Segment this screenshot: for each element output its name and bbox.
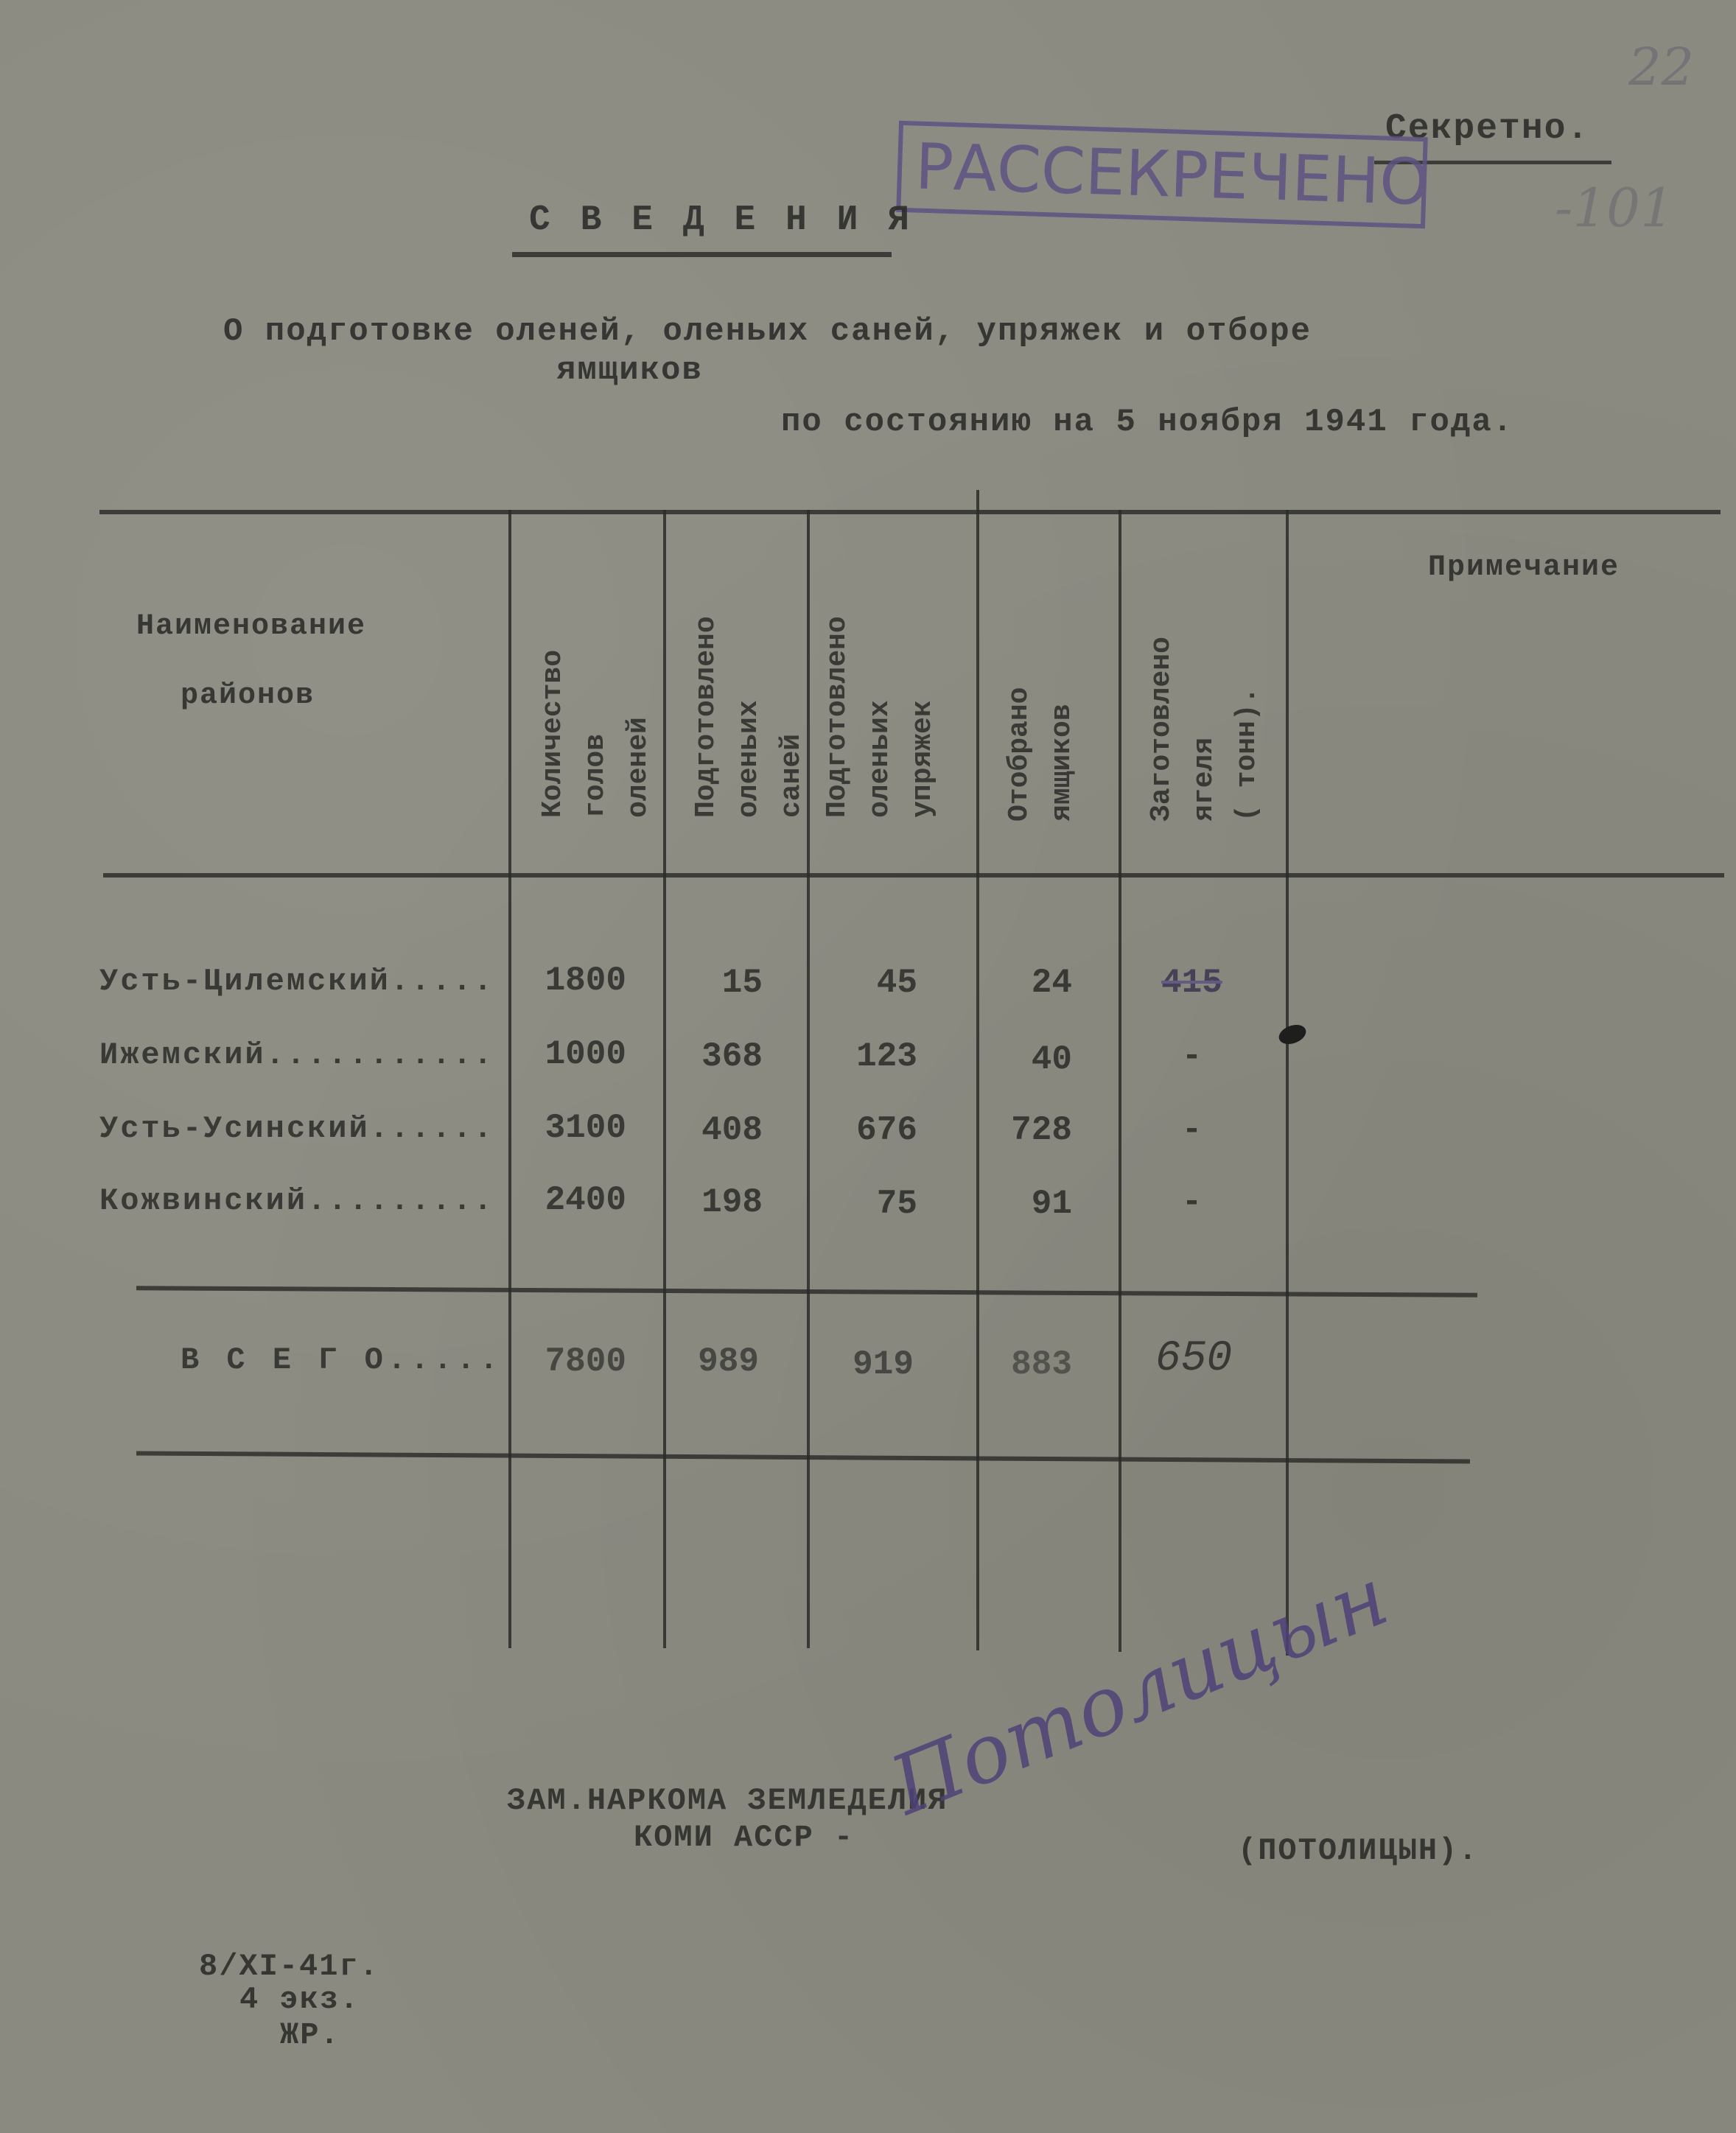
- header-drivers: Отобрано ямщиков: [998, 630, 1084, 822]
- column-divider-5: [1119, 510, 1121, 1652]
- signatory-position-line2: КОМИ АССР -: [634, 1820, 854, 1855]
- deer-heads-value: 1800: [531, 962, 626, 1000]
- column-divider-4: [976, 490, 979, 1650]
- header-moss: Заготовлено ягеля ( тонн).: [1141, 567, 1269, 822]
- document-title: С В Е Д Е Н И Я: [529, 200, 914, 240]
- column-divider-2: [663, 510, 666, 1648]
- sleds-value: 15: [678, 964, 763, 1002]
- district-name: Ижемский...........: [99, 1037, 494, 1073]
- total-deer-heads: 7800: [531, 1342, 626, 1381]
- declassified-stamp: РАССЕКРЕЧЕНО: [896, 121, 1428, 228]
- table-header-rule: [103, 873, 1724, 878]
- total-drivers: 883: [991, 1345, 1072, 1384]
- footer-date: 8/XI-41г.: [199, 1949, 379, 1984]
- header-district-line2: районов: [181, 679, 315, 712]
- district-name: Кожвинский.........: [99, 1183, 494, 1219]
- document-subtitle-line2: ямщиков: [556, 352, 703, 389]
- total-harnesses: 919: [833, 1345, 914, 1384]
- moss-value: -: [1149, 1037, 1234, 1076]
- total-label: В С Е Г О.....: [181, 1342, 503, 1378]
- signatory-name: (ПОТОЛИЦЫН).: [1238, 1833, 1478, 1868]
- drivers-value: 40: [991, 1040, 1072, 1079]
- header-harnesses: Подготовлено оленьих упряжек: [816, 545, 945, 818]
- document-subtitle-line1: О подготовке оленей, оленьих саней, упря…: [223, 313, 1312, 350]
- harnesses-value: 676: [833, 1111, 917, 1149]
- total-sleds: 989: [678, 1342, 759, 1381]
- ink-blot: [1276, 1021, 1309, 1048]
- signatory-position-line1: ЗАМ.НАРКОМА ЗЕМЛЕДЕЛИЯ: [507, 1783, 948, 1818]
- moss-value-struck: 415: [1149, 964, 1234, 1002]
- deer-heads-value: 3100: [531, 1109, 626, 1147]
- footer-initials: ЖР.: [280, 2017, 340, 2053]
- total-moss-handwritten: 650: [1149, 1335, 1238, 1383]
- header-sleds: Подготовлено оленьих саней: [685, 542, 813, 818]
- harnesses-value: 45: [833, 964, 917, 1002]
- moss-value: -: [1149, 1111, 1234, 1149]
- sleds-value: 198: [678, 1183, 763, 1222]
- header-note: Примечание: [1428, 551, 1620, 584]
- pencil-mark: -101: [1555, 177, 1674, 239]
- harnesses-value: 75: [833, 1185, 917, 1223]
- harnesses-value: 123: [833, 1037, 917, 1076]
- district-name: Усть-Усинский......: [99, 1111, 494, 1146]
- district-name: Усть-Цилемский.....: [99, 964, 494, 999]
- drivers-value: 728: [991, 1111, 1072, 1149]
- header-district-line1: Наименование: [136, 610, 366, 643]
- drivers-value: 24: [991, 964, 1072, 1002]
- column-divider-1: [508, 510, 511, 1648]
- moss-value: -: [1149, 1183, 1234, 1222]
- deer-heads-value: 2400: [531, 1181, 626, 1219]
- title-underline: [512, 252, 892, 257]
- archive-sheet-number: 22: [1628, 37, 1694, 97]
- table-total-bottom-rule: [136, 1451, 1470, 1463]
- deer-heads-value: 1000: [531, 1035, 626, 1073]
- report-date: по состоянию на 5 ноября 1941 года.: [781, 404, 1513, 441]
- sleds-value: 408: [678, 1111, 763, 1149]
- handwritten-signature: Потолицын: [878, 1549, 1400, 1833]
- drivers-value: 91: [991, 1185, 1072, 1223]
- column-divider-6: [1286, 510, 1289, 1656]
- header-deer-heads: Количество голов оленей: [532, 582, 660, 818]
- sleds-value: 368: [678, 1037, 763, 1076]
- table-top-rule: [99, 510, 1721, 514]
- footer-copies: 4 экз.: [239, 1982, 360, 2017]
